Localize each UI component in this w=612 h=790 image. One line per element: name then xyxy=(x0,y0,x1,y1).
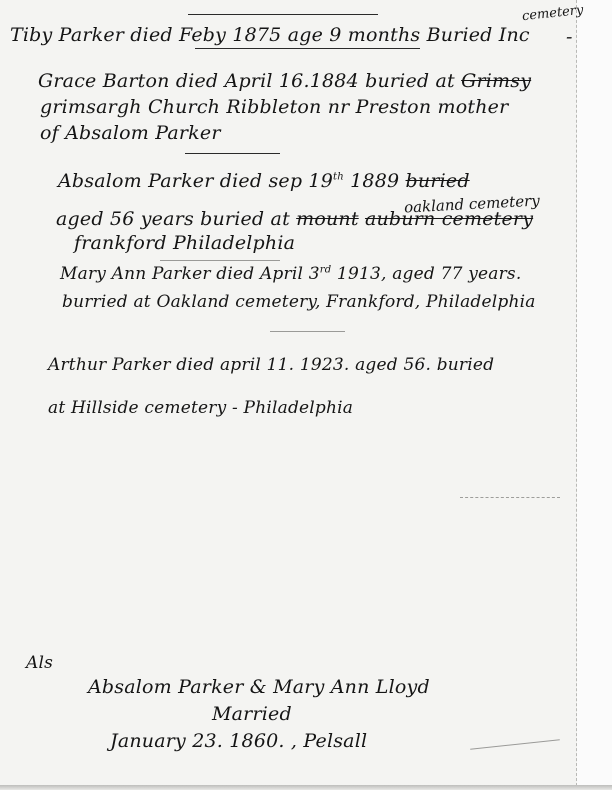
entry-2-line-3: of Absalom Parker xyxy=(40,122,221,144)
entry-3-struck-word: mount xyxy=(296,208,359,230)
entry-1-line-1: Tiby Parker died Feby 1875 age 9 months … xyxy=(10,24,530,46)
entry-2-text: Grace Barton died April 16.1884 buried a… xyxy=(38,70,461,92)
entry-3-ordinal: th xyxy=(333,172,344,183)
entry-2-struck-word: Grimsy xyxy=(461,70,531,92)
entry-3-line-1: Absalom Parker died sep 19th 1889 buried xyxy=(58,170,470,192)
entry-4-ordinal: rd xyxy=(320,264,332,275)
entry-3-line-3: frankford Philadelphia xyxy=(74,232,295,254)
divider-rule xyxy=(195,48,420,49)
entry-6-line-2: Married xyxy=(212,703,292,725)
divider-rule xyxy=(270,331,345,332)
entry-3-struck-phrase: auburn cemetery xyxy=(365,208,533,230)
entry-4-text-end: 1913, aged 77 years. xyxy=(331,264,521,284)
page-bottom-edge xyxy=(0,785,612,790)
entry-2-line-2: grimsargh Church Ribbleton nr Preston mo… xyxy=(40,96,508,118)
divider-rule xyxy=(160,260,280,261)
entry-6-margin-note: Als xyxy=(26,653,53,673)
entry-4-line-1: Mary Ann Parker died April 3rd 1913, age… xyxy=(60,264,521,284)
entry-4-text: Mary Ann Parker died April 3 xyxy=(60,264,320,284)
entry-3-text: aged 56 years buried at xyxy=(56,208,296,230)
entry-5-line-2: at Hillside cemetery - Philadelphia xyxy=(48,398,353,418)
entry-3-line-2: aged 56 years buried at mount auburn cem… xyxy=(56,208,533,230)
entry-6-line-3: January 23. 1860. , Pelsall xyxy=(110,730,367,752)
entry-2-line-1: Grace Barton died April 16.1884 buried a… xyxy=(38,70,531,92)
scan-margin xyxy=(577,0,612,790)
entry-6-line-1: Absalom Parker & Mary Ann Lloyd xyxy=(88,676,430,698)
faint-divider xyxy=(460,497,560,499)
entry-3-text: Absalom Parker died sep 19 xyxy=(58,170,333,192)
entry-1-trailing-mark: - xyxy=(566,26,573,48)
divider-rule xyxy=(188,14,378,15)
entry-3-struck-word: buried xyxy=(406,170,470,192)
entry-3-year: 1889 xyxy=(344,170,406,192)
entry-5-line-1: Arthur Parker died april 11. 1923. aged … xyxy=(48,355,494,375)
entry-4-line-2: burried at Oakland cemetery, Frankford, … xyxy=(62,292,536,312)
divider-rule xyxy=(185,153,280,154)
